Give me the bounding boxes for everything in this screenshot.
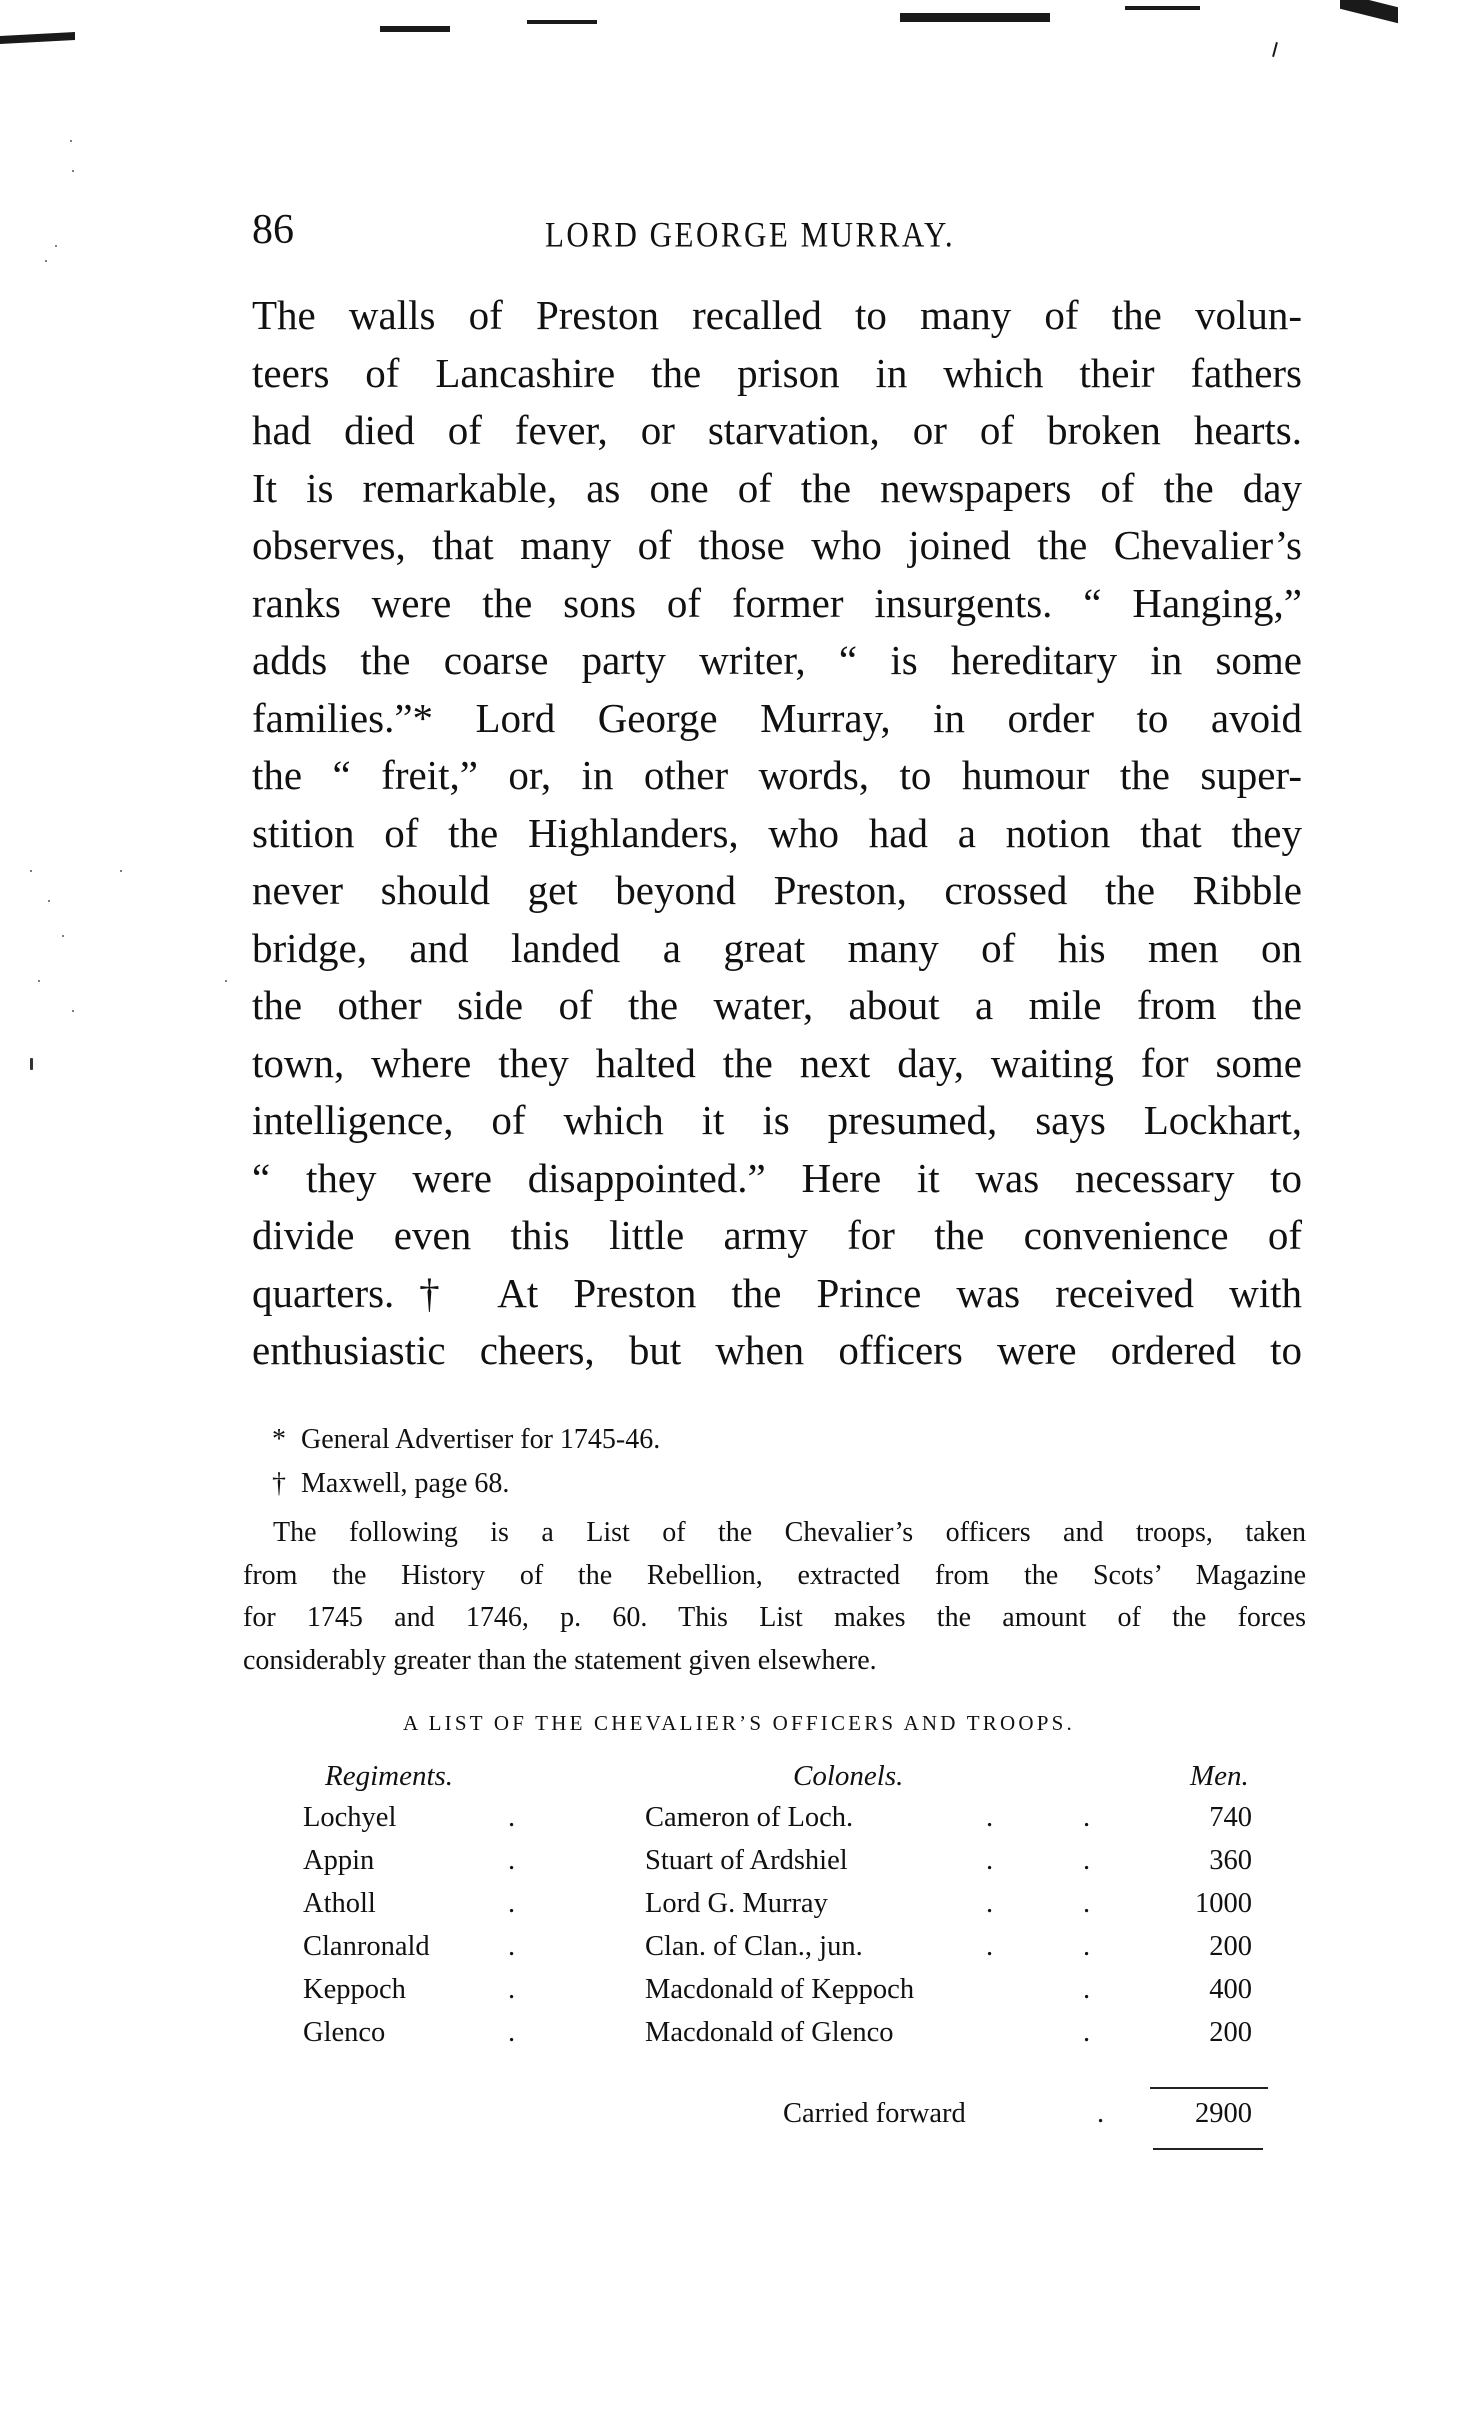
body-line: never should get beyond Preston, crossed… — [252, 862, 1302, 920]
footnote-text: Maxwell, page 68. — [301, 1468, 509, 1499]
footnote: † Maxwell, page 68. — [272, 1462, 509, 1506]
footnote-text: General Advertiser for 1745-46. — [301, 1424, 660, 1455]
scan-speck — [38, 980, 40, 982]
header-men: Men. — [1190, 1756, 1249, 1796]
body-line: quarters.† At Preston the Prince was rec… — [252, 1265, 1302, 1323]
colonel-cell: Lord G. Murray — [645, 1882, 828, 1925]
table-row: Keppoch . Macdonald of Keppoch . 400 — [0, 1968, 1458, 2011]
leader-dot: . — [1083, 1925, 1090, 1968]
body-line: intelligence, of which it is presumed, s… — [252, 1092, 1302, 1150]
colonel-cell: Stuart of Ardshiel — [645, 1839, 848, 1882]
men-cell: 200 — [1160, 1925, 1252, 1968]
body-line: the “ freit,” or, in other words, to hum… — [252, 747, 1302, 805]
leader-dot: . — [1083, 1968, 1090, 2011]
colonel-cell: Cameron of Loch. — [645, 1796, 853, 1839]
table-row: Clanronald . Clan. of Clan., jun. . . 20… — [0, 1925, 1458, 1968]
leader-dot: . — [508, 2011, 515, 2054]
leader-dot: . — [986, 1925, 993, 1968]
note-line: The following is a List of the Chevalier… — [243, 1512, 1306, 1555]
scan-speck — [72, 170, 74, 172]
scan-speck — [72, 1010, 74, 1012]
leader-dot: . — [508, 1882, 515, 1925]
note-line: for 1745 and 1746, p. 60. This List make… — [243, 1597, 1306, 1640]
body-line: enthusiastic cheers, but when officers w… — [252, 1322, 1302, 1380]
carried-forward-value: 2900 — [1160, 2094, 1252, 2134]
scan-speck — [120, 870, 122, 872]
scan-speck — [30, 1058, 33, 1070]
body-line: “ they were disappointed.” Here it was n… — [252, 1150, 1302, 1208]
scan-artifact — [0, 32, 75, 44]
running-head: 86 LORD GEORGE MURRAY. — [252, 208, 1262, 252]
scan-artifact — [380, 26, 450, 32]
leader-dot: . — [508, 1796, 515, 1839]
scan-speck — [55, 245, 57, 247]
footnote: * General Advertiser for 1745-46. — [272, 1418, 660, 1462]
body-line: adds the coarse party writer, “ is hered… — [252, 632, 1302, 690]
scan-speck — [62, 935, 64, 937]
footnote-marker: † — [272, 1468, 286, 1499]
colonel-cell: Clan. of Clan., jun. — [645, 1925, 863, 1968]
regiment-cell: Atholl — [303, 1882, 376, 1925]
scan-speck — [30, 870, 32, 872]
men-cell: 740 — [1160, 1796, 1252, 1839]
men-cell: 360 — [1160, 1839, 1252, 1882]
regiment-cell: Keppoch — [303, 1968, 406, 2011]
colonel-cell: Macdonald of Keppoch — [645, 1968, 914, 2011]
scan-artifact — [1340, 0, 1398, 23]
body-line: observes, that many of those who joined … — [252, 517, 1302, 575]
leader-dot: . — [986, 1796, 993, 1839]
leader-dot: . — [1097, 2094, 1104, 2134]
scan-artifact — [900, 13, 1050, 22]
table-row: Appin . Stuart of Ardshiel . . 360 — [0, 1839, 1458, 1882]
body-line: teers of Lancashire the prison in which … — [252, 345, 1302, 403]
body-line: ranks were the sons of former insurgents… — [252, 575, 1302, 633]
scan-speck — [48, 900, 50, 902]
running-head-title: LORD GEORGE MURRAY. — [545, 212, 955, 258]
regiment-cell: Appin — [303, 1839, 374, 1882]
regiment-cell: Clanronald — [303, 1925, 430, 1968]
regiment-cell: Lochyel — [303, 1796, 396, 1839]
page-number: 86 — [252, 208, 294, 252]
scan-artifact — [1272, 42, 1278, 57]
table-title: A list of the Chevalier’s officers and t… — [403, 1705, 1075, 1741]
leader-dot: . — [1083, 1796, 1090, 1839]
body-line: families.”* Lord George Murray, in order… — [252, 690, 1302, 748]
note-line: considerably greater than the statement … — [243, 1640, 1306, 1683]
body-paragraph: The walls of Preston recalled to many of… — [252, 287, 1302, 1380]
body-line: town, where they halted the next day, wa… — [252, 1035, 1302, 1093]
men-cell: 200 — [1160, 2011, 1252, 2054]
table-row: Atholl . Lord G. Murray . . 1000 — [0, 1882, 1458, 1925]
colonel-cell: Macdonald of Glenco — [645, 2011, 894, 2054]
men-cell: 1000 — [1160, 1882, 1252, 1925]
header-colonels: Colonels. — [793, 1756, 903, 1796]
leader-dot: . — [986, 1882, 993, 1925]
body-line: had died of fever, or starvation, or of … — [252, 402, 1302, 460]
scan-artifact — [1125, 6, 1200, 10]
header-regiments: Regiments. — [325, 1756, 453, 1796]
footnote-marker: * — [272, 1424, 286, 1455]
leader-dot: . — [986, 1839, 993, 1882]
scan-speck — [70, 140, 72, 142]
leader-dot: . — [1083, 1839, 1090, 1882]
leader-dot: . — [1083, 2011, 1090, 2054]
note-line: from the History of the Rebellion, extra… — [243, 1555, 1306, 1598]
scan-speck — [225, 980, 227, 982]
regiment-cell: Glenco — [303, 2011, 385, 2054]
scan-artifact — [527, 20, 597, 24]
men-cell: 400 — [1160, 1968, 1252, 2011]
body-line: The walls of Preston recalled to many of… — [252, 287, 1302, 345]
body-line: stition of the Highlanders, who had a no… — [252, 805, 1302, 863]
table-introduction: The following is a List of the Chevalier… — [243, 1512, 1306, 1682]
leader-dot: . — [508, 1925, 515, 1968]
body-line: It is remarkable, as one of the newspape… — [252, 460, 1302, 518]
scan-speck — [45, 260, 47, 262]
body-line: divide even this little army for the con… — [252, 1207, 1302, 1265]
leader-dot: . — [508, 1839, 515, 1882]
sum-rule-top — [1150, 2087, 1268, 2089]
leader-dot: . — [1083, 1882, 1090, 1925]
table-row: Lochyel . Cameron of Loch. . . 740 — [0, 1796, 1458, 1839]
sum-rule-bottom — [1153, 2148, 1263, 2150]
carried-forward-label: Carried forward — [783, 2094, 966, 2134]
table-row: Glenco . Macdonald of Glenco . 200 — [0, 2011, 1458, 2054]
body-line: the other side of the water, about a mil… — [252, 977, 1302, 1035]
body-line: bridge, and landed a great many of his m… — [252, 920, 1302, 978]
leader-dot: . — [508, 1968, 515, 2011]
